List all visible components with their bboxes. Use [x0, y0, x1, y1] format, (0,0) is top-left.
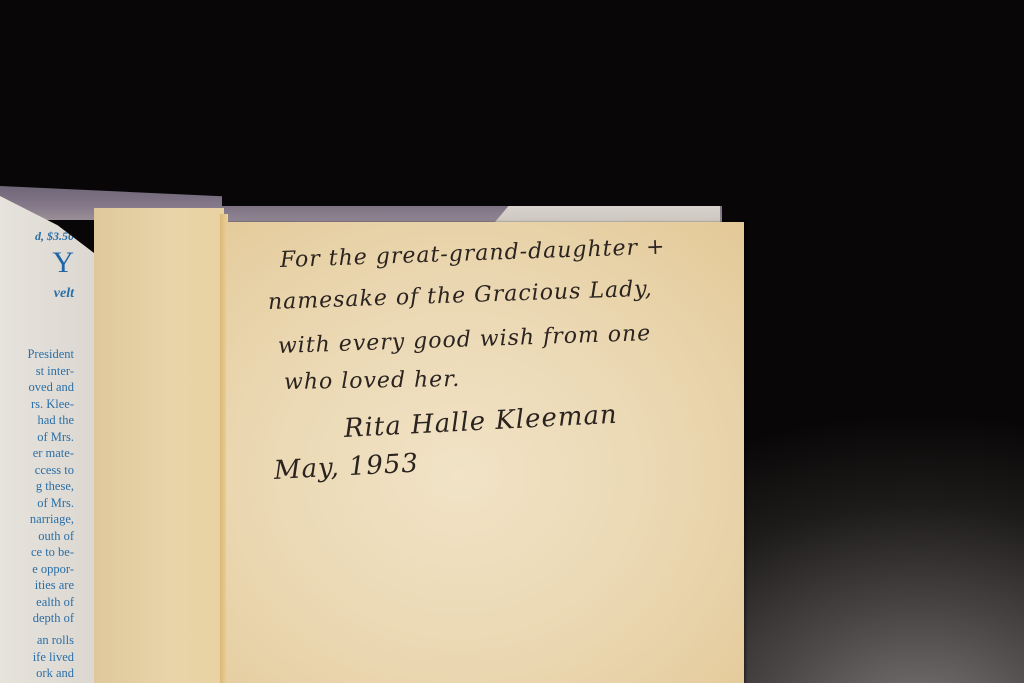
flap-body-text: President st inter- oved and rs. Klee- h…	[27, 346, 74, 627]
flap-line: of Mrs.	[27, 429, 74, 446]
flap-line: ork and	[33, 665, 74, 682]
flap-price: d, $3.50	[35, 228, 74, 245]
flap-line: e oppor-	[27, 561, 74, 578]
flap-title: Y	[52, 248, 74, 278]
flap-line: st inter-	[27, 363, 74, 380]
flap-line: depth of	[27, 610, 74, 627]
inscription-line: namesake of the Gracious Lady,	[268, 277, 654, 315]
dust-jacket-flap: d, $3.50 Y velt President st inter- oved…	[0, 196, 96, 683]
flap-line: narriage,	[27, 511, 74, 528]
flap-author: velt	[54, 286, 74, 303]
flap-line: g these,	[27, 478, 74, 495]
inscription-line: For the great-grand-daughter +	[280, 235, 666, 273]
inscription-line: with every good wish from one	[278, 321, 652, 359]
left-endpaper	[94, 208, 224, 683]
inscription-line: who loved her.	[284, 367, 461, 395]
inscribed-page: For the great-grand-daughter + namesake …	[226, 222, 744, 683]
flap-body-text-2: an rolls ife lived ork and	[33, 632, 74, 682]
flap-line: an rolls	[33, 632, 74, 649]
flap-line: rs. Klee-	[27, 396, 74, 413]
flap-line: er mate-	[27, 445, 74, 462]
flap-line: ccess to	[27, 462, 74, 479]
flap-line: President	[27, 346, 74, 363]
flap-line: ities are	[27, 577, 74, 594]
flap-line: ce to be-	[27, 544, 74, 561]
inscription-date: May, 1953	[273, 448, 419, 486]
flap-line: outh of	[27, 528, 74, 545]
flap-line: ife lived	[33, 649, 74, 666]
flap-line: had the	[27, 412, 74, 429]
flap-line: ealth of	[27, 594, 74, 611]
signature: Rita Halle Kleeman	[343, 400, 618, 444]
flap-line: of Mrs.	[27, 495, 74, 512]
flap-line: oved and	[27, 379, 74, 396]
photo-scene: d, $3.50 Y velt President st inter- oved…	[0, 0, 1024, 683]
